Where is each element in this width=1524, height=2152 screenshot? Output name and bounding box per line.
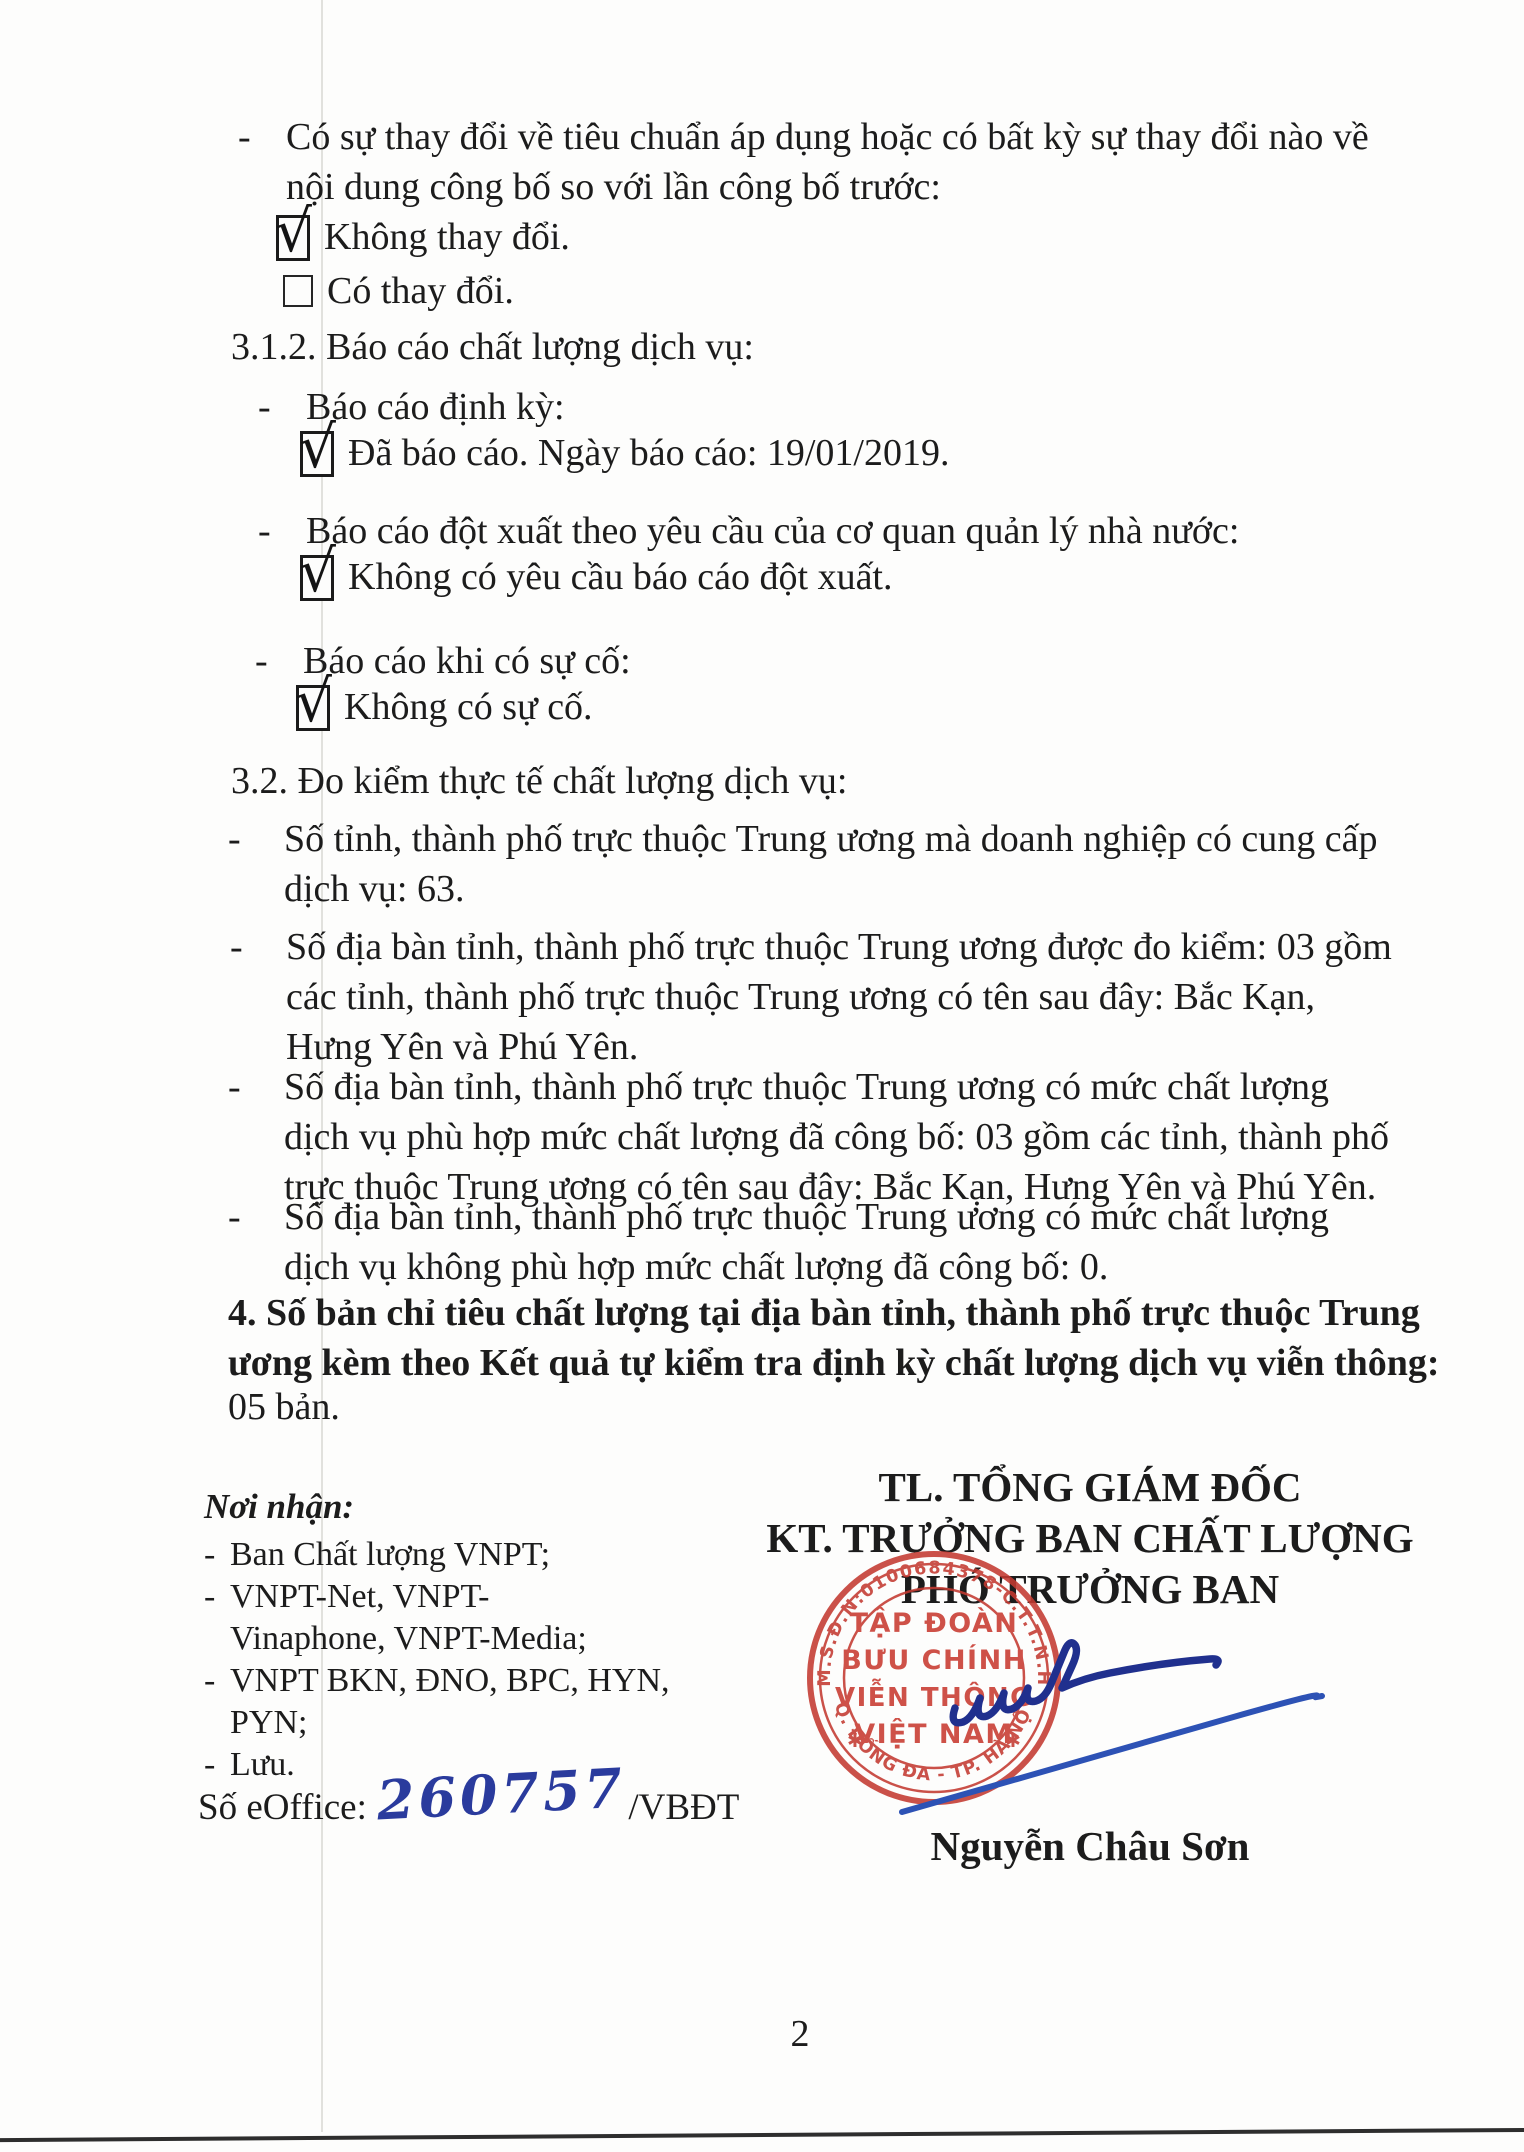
bullet-incident-report: - Báo cáo khi có sự cố: [303,636,1393,686]
heading-3-1-2: 3.1.2. Báo cáo chất lượng dịch vụ: [231,322,754,372]
option-label: Không thay đổi. [324,216,570,258]
bullet-dash: - [258,382,271,432]
bullet-provinces-nonconforming: - Số địa bàn tỉnh, thành phố trực thuộc … [284,1192,1402,1292]
bullet-text: Số địa bàn tỉnh, thành phố trực thuộc Tr… [284,1062,1402,1212]
option-label: Có thay đổi. [327,270,514,312]
unchecked-checkbox-icon [283,275,313,307]
bullet-dash: - [228,1192,241,1242]
option-no-adhoc-request: √Không có yêu cầu báo cáo đột xuất. [300,552,893,602]
signature-scribble-stroke [953,1643,1218,1723]
section-4-bold-text: 4. Số bản chỉ tiêu chất lượng tại địa bà… [228,1292,1440,1384]
bullet-provinces-conforming: - Số địa bàn tỉnh, thành phố trực thuộc … [284,1062,1402,1212]
scan-edge-line [0,2128,1524,2142]
recipient-text: VNPT BKN, ĐNO, BPC, HYN, PYN; [230,1662,670,1741]
option-label: Không có yêu cầu báo cáo đột xuất. [348,556,893,598]
eoffice-handwritten-number: 260757 [375,1756,627,1833]
bullet-adhoc-report: - Báo cáo đột xuất theo yêu cầu của cơ q… [306,506,1396,556]
recipient-item: - VNPT-Net, VNPT-Vinaphone, VNPT-Media; [204,1576,724,1660]
eoffice-line: Số eOffice:260757/VBĐT [198,1768,739,1832]
bullet-text: Số tỉnh, thành phố trực thuộc Trung ương… [284,814,1399,914]
check-mark-icon: √ [295,672,332,730]
option-no-change: √Không thay đổi. [276,212,570,262]
bullet-dash: - [230,922,243,972]
checked-checkbox-icon: √ [300,555,334,601]
check-mark-icon: √ [275,202,312,260]
option-reported: √Đã báo cáo. Ngày báo cáo: 19/01/2019. [300,428,950,478]
signature-title-line1: TL. TỔNG GIÁM ĐỐC [740,1462,1440,1513]
bullet-dash: - [204,1660,215,1702]
bullet-change-declaration: - Có sự thay đổi về tiêu chuẩn áp dụng h… [286,112,1421,212]
recipients-block: Nơi nhận: - Ban Chất lượng VNPT; - VNPT-… [204,1486,724,1786]
checked-checkbox-icon: √ [300,431,334,477]
bullet-provinces-total: - Số tỉnh, thành phố trực thuộc Trung ươ… [284,814,1399,914]
page-number: 2 [770,2012,830,2056]
heading-3-2: 3.2. Đo kiểm thực tế chất lượng dịch vụ: [231,756,847,806]
bullet-text: Báo cáo định kỳ: [306,382,1396,432]
bullet-dash: - [228,1062,241,1112]
bullet-dash: - [255,636,268,686]
section-4-tail: 05 bản. [228,1382,340,1432]
option-label: Đã báo cáo. Ngày báo cáo: 19/01/2019. [348,432,950,474]
bullet-provinces-measured: - Số địa bàn tỉnh, thành phố trực thuộc … [286,922,1398,1072]
option-no-incident: √Không có sự cố. [296,682,593,732]
checked-checkbox-icon: √ [276,215,310,261]
checked-checkbox-icon: √ [296,685,330,731]
recipient-text: Ban Chất lượng VNPT; [230,1536,550,1573]
bullet-periodic-report: - Báo cáo định kỳ: [306,382,1396,432]
section-4-paragraph: 4. Số bản chỉ tiêu chất lượng tại địa bà… [228,1288,1498,1388]
recipient-item: - Ban Chất lượng VNPT; [204,1534,724,1576]
signature-long-stroke [902,1695,1322,1812]
bullet-dash: - [258,506,271,556]
eoffice-suffix: /VBĐT [628,1787,739,1828]
scanned-document-page: - Có sự thay đổi về tiêu chuẩn áp dụng h… [0,0,1524,2152]
signer-name: Nguyễn Châu Sơn [860,1822,1320,1870]
check-mark-icon: √ [299,418,336,476]
check-mark-icon: √ [299,542,336,600]
bullet-text: Số địa bàn tỉnh, thành phố trực thuộc Tr… [284,1192,1402,1292]
bullet-text: Số địa bàn tỉnh, thành phố trực thuộc Tr… [286,922,1398,1072]
eoffice-label: Số eOffice: [198,1787,367,1828]
recipient-text: VNPT-Net, VNPT-Vinaphone, VNPT-Media; [230,1576,620,1660]
bullet-dash: - [238,112,251,162]
bullet-text: Báo cáo đột xuất theo yêu cầu của cơ qua… [306,506,1396,556]
option-label: Không có sự cố. [344,686,593,728]
recipient-item: - VNPT BKN, ĐNO, BPC, HYN, PYN; [204,1660,724,1744]
handwritten-signature [860,1598,1340,1838]
option-has-change: Có thay đổi. [283,266,514,316]
bullet-text: Báo cáo khi có sự cố: [303,636,1393,686]
recipients-title: Nơi nhận: [204,1486,724,1528]
bullet-text: Có sự thay đổi về tiêu chuẩn áp dụng hoặ… [286,112,1421,212]
bullet-dash: - [228,814,241,864]
bullet-dash: - [204,1534,215,1576]
bullet-dash: - [204,1576,215,1618]
